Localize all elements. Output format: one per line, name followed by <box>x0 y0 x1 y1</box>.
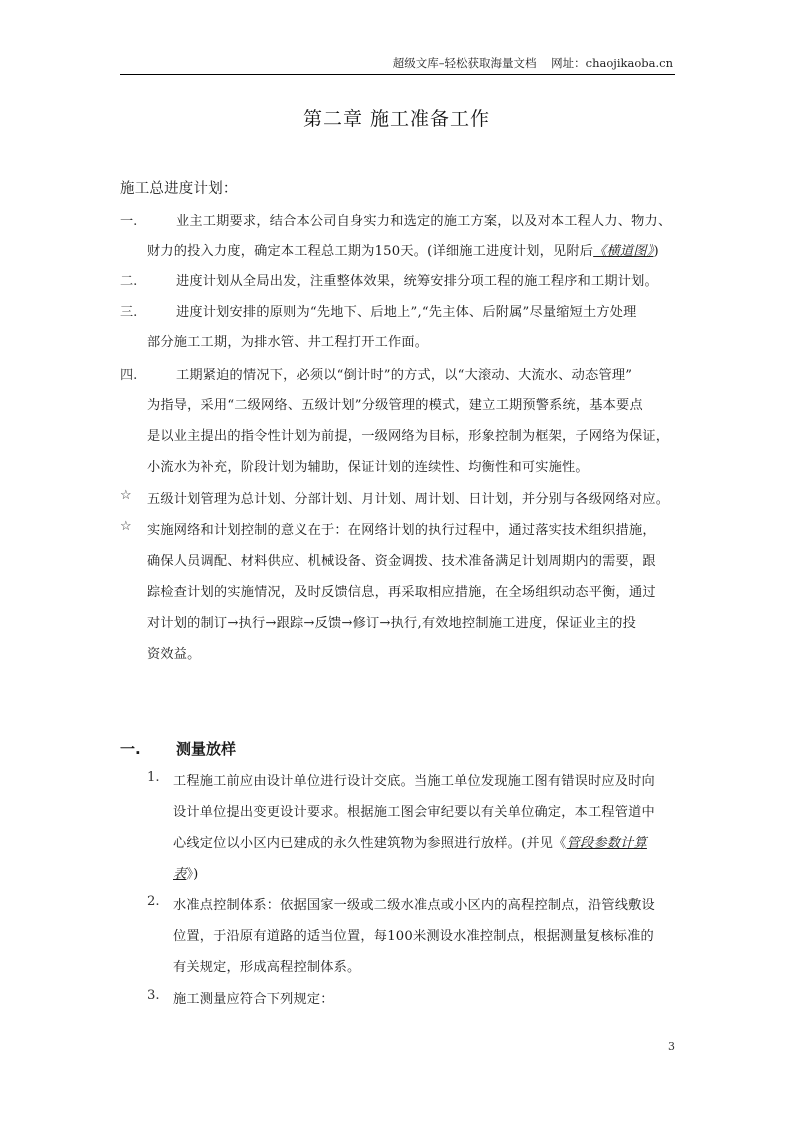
paragraph-line: 实施网络和计划控制的意义在于：在网络计划的执行过程中，通过落实技术组织措施， <box>147 519 656 538</box>
star-bullet-icon: ☆ <box>120 519 132 534</box>
paragraph-line: 五级计划管理为总计划、分部计划、月计划、周计划、日计划，并分别与各级网络对应。 <box>147 488 669 507</box>
paragraph-line: 部分施工工期，为排水管、井工程打开工作面。 <box>147 331 428 350</box>
paragraph-line: 确保人员调配、材料供应、机械设备、资金调拨、技术准备满足计划周期内的需要，跟 <box>147 550 656 569</box>
paragraph-line: 踪检查计划的实施情况，及时反馈信息，再采取相应措施，在全场组织动态平衡，通过 <box>147 581 656 600</box>
paragraph-line: 财力的投入力度，确定本工程总工期为150天。(详细施工进度计划，见附后《横道图》… <box>147 240 659 259</box>
schedule-heading: 施工总进度计划： <box>120 177 238 198</box>
paragraph-line: 工程施工前应由设计单位进行设计交底。当施工单位发现施工图有错误时应及时向 <box>173 770 655 789</box>
chapter-title: 第二章 施工准备工作 <box>0 104 793 131</box>
paragraph-line: 为指导，采用“二级网络、五级计划”分级管理的模式，建立工期预警系统，基本要点 <box>147 394 643 413</box>
header-url: chaojikaoba.cn <box>586 56 673 70</box>
paragraph-line: 工期紧迫的情况下，必须以“倒计时”的方式，以“大滚动、大流水、动态管理” <box>176 364 632 383</box>
paragraph-text: 》) <box>186 867 198 882</box>
item-marker: 一. <box>120 210 137 229</box>
section-title: 测量放样 <box>176 738 236 759</box>
item-marker: 3. <box>147 988 160 1003</box>
paragraph-line: 对计划的制订→执行→跟踪→反馈→修订→执行,有效地控制施工进度，保证业主的投 <box>147 612 636 631</box>
paragraph-line: 业主工期要求，结合本公司自身实力和选定的施工方案，以及对本工程人力、物力、 <box>176 210 671 229</box>
paragraph-text: ) <box>653 244 658 259</box>
paragraph-line: 是以业主提出的指令性计划为前提，一级网络为目标，形象控制为框架，子网络为保证， <box>147 425 669 444</box>
pipe-segment-table-reference-link[interactable]: 管段参数计算 <box>567 836 647 851</box>
paragraph-text: 心线定位以小区内已建成的永久性建筑物为参照进行放样。(并见《 <box>173 836 567 851</box>
paragraph-text: 财力的投入力度，确定本工程总工期为150天。(详细施工进度计划，见附后 <box>147 244 593 259</box>
paragraph-line: 表》) <box>173 863 199 882</box>
paragraph-line: 心线定位以小区内已建成的永久性建筑物为参照进行放样。(并见《管段参数计算 <box>173 832 647 851</box>
header-url-label: 网址： <box>551 56 586 70</box>
section-marker: 一. <box>120 738 141 759</box>
paragraph-line: 小流水为补充，阶段计划为辅助，保证计划的连续性、均衡性和可实施性。 <box>147 456 589 475</box>
gantt-chart-reference-link[interactable]: 《横道图》 <box>593 244 653 259</box>
paragraph-line: 进度计划安排的原则为“先地下、后地上”,“先主体、后附属”尽量缩短土方处理 <box>176 301 637 320</box>
paragraph-line: 位置，于沿原有道路的适当位置，每100米测设水准控制点，根据测量复核标准的 <box>173 925 654 944</box>
star-bullet-icon: ☆ <box>120 488 132 503</box>
paragraph-line: 资效益。 <box>147 643 201 662</box>
paragraph-line: 设计单位提出变更设计要求。根据施工图会审纪要以有关单位确定，本工程管道中 <box>173 801 655 820</box>
header-divider <box>120 74 675 75</box>
paragraph-line: 施工测量应符合下列规定： <box>173 988 334 1007</box>
paragraph-line: 水准点控制体系：依据国家一级或二级水准点或小区内的高程控制点，沿管线敷设 <box>173 894 655 913</box>
item-marker: 2. <box>147 894 160 909</box>
item-marker: 四. <box>120 364 137 383</box>
page-number: 3 <box>668 1040 675 1053</box>
item-marker: 三. <box>120 301 137 320</box>
item-marker: 1. <box>147 770 160 785</box>
page-header: 超级文库–轻松获取海量文档 网址：chaojikaoba.cn <box>393 55 673 71</box>
header-site-text: 超级文库–轻松获取海量文档 <box>393 56 537 70</box>
paragraph-line: 进度计划从全局出发，注重整体效果，统筹安排分项工程的施工程序和工期计划。 <box>176 270 658 289</box>
paragraph-line: 有关规定，形成高程控制体系。 <box>173 956 360 975</box>
pipe-segment-table-reference-link-cont[interactable]: 表 <box>173 867 186 882</box>
item-marker: 二. <box>120 270 137 289</box>
